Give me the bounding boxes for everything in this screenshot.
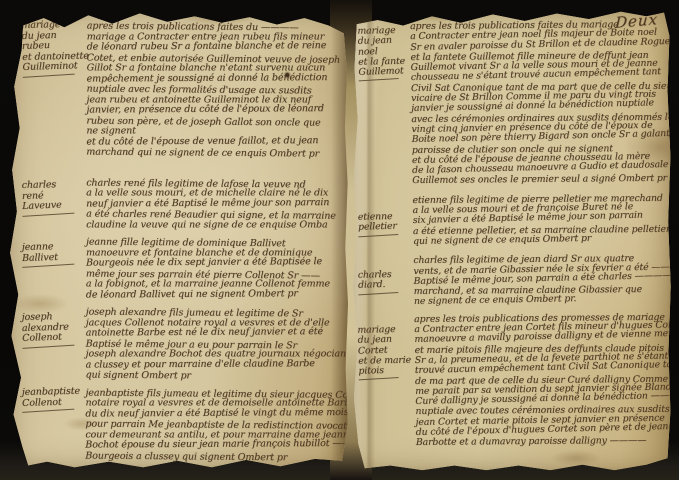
text-line: ne signent de ce enquis Ombert pr. [414, 293, 670, 308]
text-line: Guillemot [358, 66, 414, 78]
text-line: Bourgeois née le dix sept janvier a été … [86, 257, 346, 269]
text-line: a clussey et pour marraine d'elle claudi… [86, 358, 346, 370]
margin-note: mariagedu jeanrubeuet dantoinetteGuillem… [21, 19, 94, 76]
record-entry: charles rené fils legitime de lafose la … [86, 178, 346, 231]
margin-note: jeanneBallivet [22, 241, 95, 267]
text-line: marchand qui ne signent de ce enquis Omb… [86, 148, 346, 161]
right-page: Deux mariagedu jeannoelet la fanteGuille… [352, 8, 672, 472]
text-line: Guilleminot [22, 61, 94, 74]
manuscript-photo: mariagedu jeanrubeuet dantoinetteGuillem… [0, 0, 679, 480]
text-line: janvier, en présence du côté de l'époux … [86, 104, 346, 116]
text-line: Bourgeois a clussey qui signent Ombert p… [85, 451, 345, 464]
text-line: neuf janvier a été Baptisé le même jour … [86, 197, 346, 209]
text-line: Collenot [22, 396, 94, 409]
record-entry: etienne fils legitime de pierre pelletie… [412, 192, 669, 247]
margin-note: etiennepelletier [358, 211, 415, 236]
margin-note: josephalexandreCollenot [22, 311, 95, 347]
margin-note: mariagedu jeannoelet la fanteGuillemot [357, 25, 414, 81]
text-line: Bochot épouse du sieur jean marie franço… [85, 439, 345, 451]
text-line: antoinette Barbe est né le dix neuf janv… [86, 327, 346, 339]
text-line: claudine la veuve qui ne signe de ce enq… [86, 220, 346, 231]
record-entry: jeanne fille legitime de dominique Balli… [86, 238, 346, 302]
record-entry: jeanbaptiste fils jumeau et legitime du … [85, 388, 345, 462]
text-line: Guillemot ses oncles le premier seul a s… [412, 174, 668, 187]
text-line: Barbotte et a dumavray paroisse dalligny… [416, 436, 672, 449]
text-line: pitois [358, 365, 414, 377]
margin-note: charlesrenéLaveuve [22, 179, 95, 215]
margin-note: mariagedu jeanCortetet de mariepitois [357, 324, 414, 380]
text-line: de léonard rubeu Sr a fontaine blanche e… [87, 41, 347, 53]
text-line: Collenot [22, 331, 94, 344]
right-page-text: apres les trois publications faites du m… [410, 18, 672, 455]
left-page-text: apres les trois publications faites du —… [85, 22, 347, 470]
text-line: Laveuve [22, 199, 94, 212]
record-entry: charles fils legitime de jean diard Sr a… [413, 253, 670, 308]
record-entry: apres les trois publications faites du m… [410, 18, 668, 186]
record-entry: joseph alexandre fils jumeau et legitime… [86, 308, 346, 382]
record-entry: apres les trois publications des promess… [414, 311, 672, 448]
text-line: qui ne signent de ce enquis Ombert pr [413, 232, 669, 247]
text-line: Ballivet [22, 251, 94, 264]
left-page: mariagedu jeanrubeuet dantoinetteGuillem… [6, 8, 349, 470]
record-entry: apres les trois publications faites du —… [86, 22, 346, 159]
text-line: de léonard Ballivet qui ne signent Omber… [86, 288, 346, 300]
text-line: diard. [358, 279, 414, 291]
text-line: et du côté de l'épouse de venue faillot,… [86, 135, 346, 147]
margin-note: charlesdiard. [358, 269, 415, 294]
text-line: empêchement je soussigné ai donné la bén… [87, 72, 347, 84]
text-line: qui signent Ombert pr [85, 371, 345, 384]
margin-note: jeanbaptisteCollenot [22, 386, 95, 412]
text-line: du dix neuf janvier a été Baptisé le vin… [85, 407, 345, 419]
text-line: pelletier [358, 221, 414, 233]
